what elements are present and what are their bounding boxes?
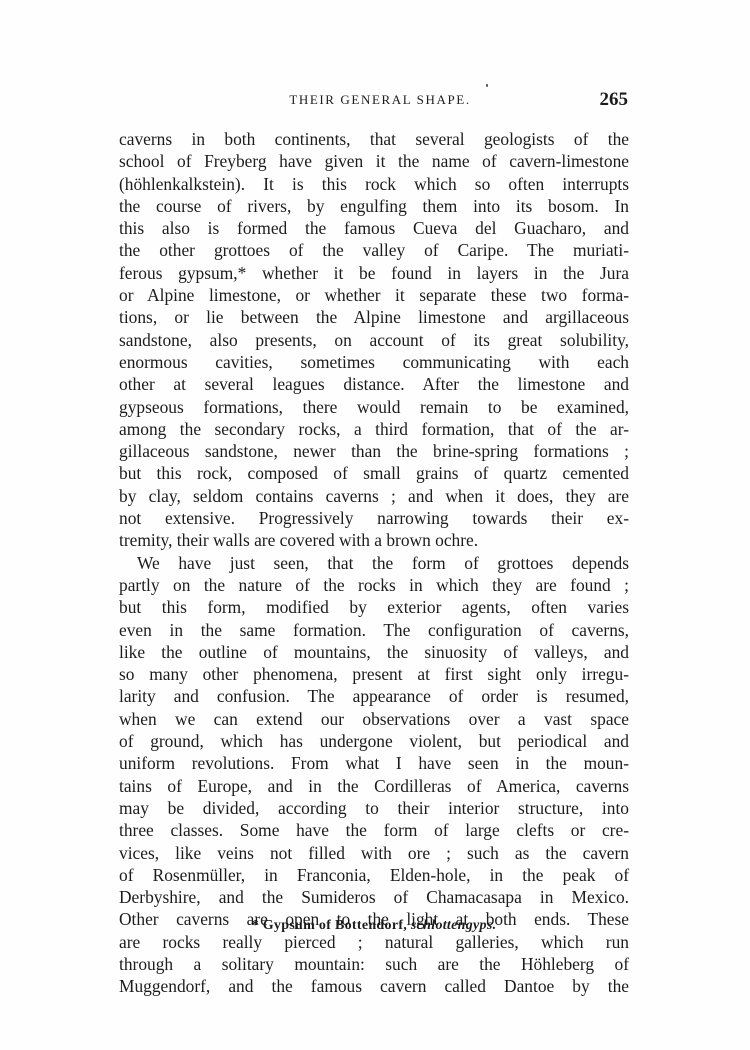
text-line: Muggendorf, and the famous cavern called…: [119, 975, 629, 997]
text-line: partly on the nature of the rocks in whi…: [119, 574, 629, 596]
text-line: three classes. Some have the form of lar…: [119, 819, 629, 841]
text-line: through a solitary mountain: such are th…: [119, 953, 629, 975]
text-line: when we can extend our observations over…: [119, 708, 629, 730]
text-line: not extensive. Progressively narrowing t…: [119, 507, 629, 529]
text-line: are rocks really pierced ; natural galle…: [119, 931, 629, 953]
text-line: uniform revolutions. From what I have se…: [119, 752, 629, 774]
text-line: (höhlenkalkstein). It is this rock which…: [119, 173, 629, 195]
text-line: among the secondary rocks, a third forma…: [119, 418, 629, 440]
text-line: the course of rivers, by engulfing them …: [119, 195, 629, 217]
text-line: by clay, seldom contains caverns ; and w…: [119, 485, 629, 507]
paragraph-start-line: We have just seen, that the form of grot…: [119, 552, 629, 574]
footnote-text: Gypsum of Bottendorf,: [263, 918, 407, 933]
text-line: Derbyshire, and the Sumideros of Chamaca…: [119, 886, 629, 908]
running-head: THEIR GENERAL SHAPE. 265: [120, 92, 628, 116]
text-line: may be divided, according to their inter…: [119, 797, 629, 819]
text-line: other at several leagues distance. After…: [119, 373, 629, 395]
text-line: even in the same formation. The configur…: [119, 619, 629, 641]
text-line: gypseous formations, there would remain …: [119, 396, 629, 418]
text-line: but this rock, composed of small grains …: [119, 462, 629, 484]
body-text: caverns in both continents, that several…: [119, 128, 629, 998]
print-speck: [486, 84, 488, 87]
text-line: caverns in both continents, that several…: [119, 128, 629, 150]
text-line: this also is formed the famous Cueva del…: [119, 217, 629, 239]
page-number: 265: [600, 89, 629, 111]
text-line: of Rosenmüller, in Franconia, Elden-hole…: [119, 864, 629, 886]
text-line: or Alpine limestone, or whether it separ…: [119, 284, 629, 306]
text-line: gillaceous sandstone, newer than the bri…: [119, 440, 629, 462]
text-line: so many other phenomena, present at firs…: [119, 663, 629, 685]
text-line: tions, or lie between the Alpine limesto…: [119, 306, 629, 328]
running-title: THEIR GENERAL SHAPE.: [120, 92, 628, 108]
footnote-marker: *: [252, 918, 259, 933]
text-line: tains of Europe, and in the Cordilleras …: [119, 775, 629, 797]
text-line: but this form, modified by exterior agen…: [119, 596, 629, 618]
footnote-italic-term: schlottengyps.: [411, 918, 496, 933]
text-line: of ground, which has undergone violent, …: [119, 730, 629, 752]
text-line: sandstone, also presents, on account of …: [119, 329, 629, 351]
paragraph-end-line: tremity, their walls are covered with a …: [119, 529, 629, 551]
text-line: larity and confusion. The appearance of …: [119, 685, 629, 707]
text-line: school of Freyberg have given it the nam…: [119, 150, 629, 172]
text-line: enormous cavities, sometimes communicati…: [119, 351, 629, 373]
book-page: THEIR GENERAL SHAPE. 265 caverns in both…: [0, 0, 750, 1050]
text-line: the other grottoes of the valley of Cari…: [119, 239, 629, 261]
text-line: like the outline of mountains, the sinuo…: [119, 641, 629, 663]
footnote: * Gypsum of Bottendorf, schlottengyps.: [120, 918, 628, 934]
text-line: ferous gypsum,* whether it be found in l…: [119, 262, 629, 284]
text-line: vices, like veins not filled with ore ; …: [119, 842, 629, 864]
